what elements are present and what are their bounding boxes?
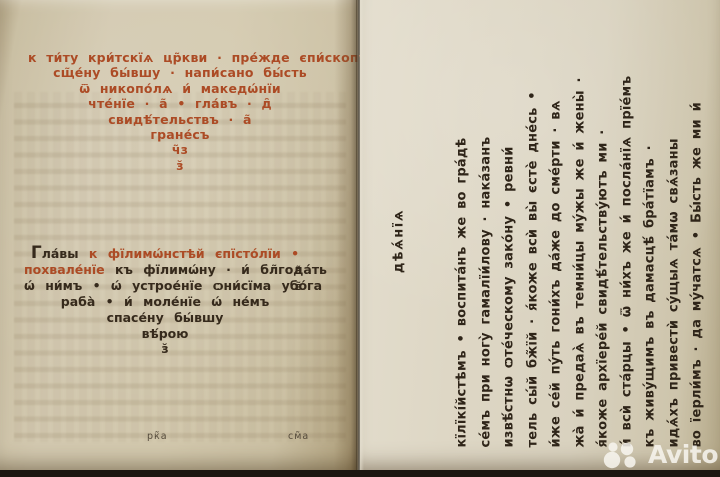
text-line: вѣ́рою bbox=[24, 326, 306, 342]
margin-chapter-numeral: а̃ bbox=[295, 263, 302, 279]
text-line: Гла́вы к фїлимѡ́нстѣй єпїсто́лїи • bbox=[24, 246, 306, 262]
text-line: спасе́ну бы́вшу bbox=[24, 310, 306, 326]
text-line: извѣ́стнѡ ѻте́ческому зако́ну • ревни́ bbox=[498, 35, 522, 448]
folio-mark-left: рк̃а bbox=[147, 431, 168, 442]
avito-watermark: Avito bbox=[600, 437, 718, 471]
text-line: се́мъ при ногу̀ гамалїи́лову · нака́занъ bbox=[474, 35, 498, 448]
text-line: къ живу́щимъ въ дамасцѣ́ бра́тїамъ · bbox=[639, 35, 663, 448]
text-line: и́ всѝ ста́рцы • ѿ ни́хъ же и́ посла́нїѧ… bbox=[615, 35, 639, 448]
text-line: идѧ́хъ привестѝ су́щыѧ та́мѡ свѧ́заны bbox=[662, 35, 686, 448]
text-segment: похвале́нїе bbox=[24, 262, 105, 277]
book-photo: к ти́ту кри́тскїѧ цр̃кви · пре́жде єпи́с… bbox=[0, 0, 720, 477]
text-segment: раба̀ • и́ моле́нїе ѡ́ не́мъ bbox=[61, 294, 269, 309]
running-title-acts: дѣѧ́нїѧ bbox=[392, 35, 407, 448]
margin-chapter-numeral: в̃ bbox=[295, 279, 302, 295]
text-segment: з̆ bbox=[161, 341, 168, 356]
text-segment: вѣ́рою bbox=[142, 326, 189, 341]
text-line: з̆ bbox=[28, 158, 332, 173]
text-line: свидѣ́тельствъ · а̃ bbox=[28, 112, 332, 127]
philemon-chapters-block: Гла́вы к фїлимѡ́нстѣй єпїсто́лїи •похвал… bbox=[24, 246, 306, 357]
text-line: я́коже архїере́й свидѣ́тельству́ютъ ми · bbox=[592, 35, 616, 448]
avito-logo-icon bbox=[600, 437, 646, 471]
text-line: чте́нїе · а̃ • гла́въ · д̑ bbox=[28, 96, 332, 111]
text-line: похвале́нїе къ фїлимѡ́ну · и́ бл̃года́ть… bbox=[24, 262, 306, 278]
text-line: раба̀ • и́ моле́нїе ѡ́ не́мъ bbox=[24, 294, 306, 310]
text-line: к ти́ту кри́тскїѧ цр̃кви · пре́жде єпи́с… bbox=[28, 50, 332, 65]
text-segment: Гла́вы bbox=[31, 246, 79, 261]
avito-watermark-label: Avito bbox=[648, 440, 718, 469]
photo-seam bbox=[356, 0, 364, 477]
text-line: сщ̃е́ну бы́вшу · напи́сано бы́сть bbox=[28, 65, 332, 80]
text-line: ч̃з bbox=[28, 142, 332, 157]
text-line: кїлїкі́йстѣмъ • воспита́нъ же во гра́дѣ bbox=[451, 35, 475, 448]
text-line: гране́съ bbox=[28, 127, 332, 142]
text-line: во їерли́мъ · да му́чатсѧ • Бы́сть же ми… bbox=[686, 35, 710, 448]
text-line: и́же се́й пу́ть гони́хъ да́же до сме́рти… bbox=[545, 35, 569, 448]
text-segment: спасе́ну бы́вшу bbox=[107, 310, 224, 325]
text-line: ѡ́ ни́мъ • ѡ́ устрое́нїе ѻни́сїма убо́га… bbox=[24, 278, 306, 294]
left-page: к ти́ту кри́тскїѧ цр̃кви · пре́жде єпи́с… bbox=[0, 0, 358, 470]
text-segment: к фїлимѡ́нстѣй єпїсто́лїи • bbox=[79, 246, 300, 261]
text-line: жа̀ и́ предаѧ̀ въ темни́цы му́жы же и́ ж… bbox=[568, 35, 592, 448]
text-line: тель сы́й бж̃їй · я́коже всѝ вы̀ єстѐ дн… bbox=[521, 35, 545, 448]
table-edge-strip bbox=[0, 470, 720, 477]
text-segment: ѡ́ ни́мъ • ѡ́ устрое́нїе ѻни́сїма убо́га bbox=[24, 278, 322, 293]
text-line: ѿ никопо́лѧ и́ македѡ́нїи bbox=[28, 81, 332, 96]
titus-colophon-block: к ти́ту кри́тскїѧ цр̃кви · пре́жде єпи́с… bbox=[28, 50, 332, 173]
text-line: з̆ bbox=[24, 341, 306, 357]
acts-rotated-text-block: дѣѧ́нїѧ кїлїкі́йстѣмъ • воспита́нъ же во… bbox=[390, 35, 720, 470]
page-gutter-shadow bbox=[334, 0, 358, 470]
folio-mark-right: см̃а bbox=[288, 431, 309, 442]
